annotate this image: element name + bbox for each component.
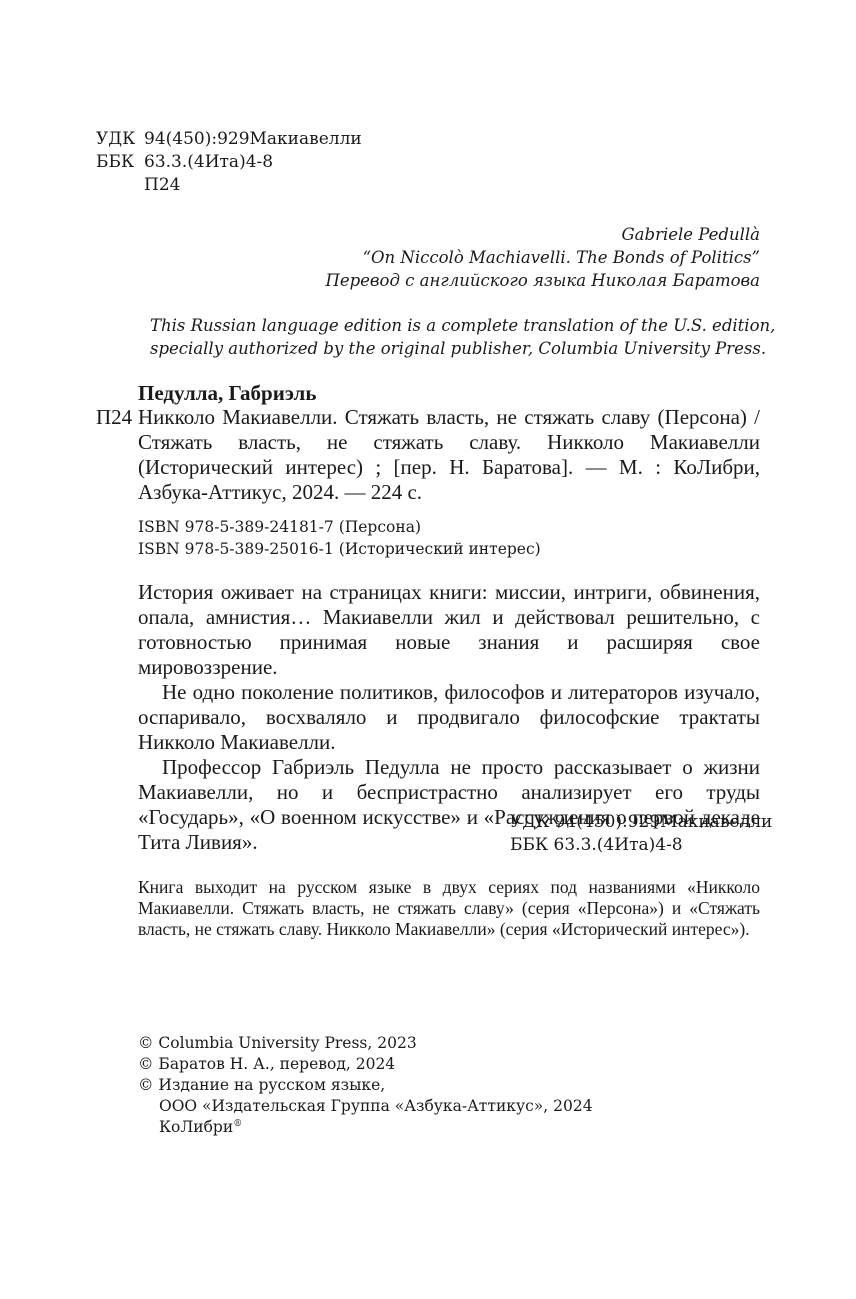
- bbk-row: ББК 63.3.(4Ита)4-8: [96, 151, 362, 174]
- catalog-description: Никколо Макиавелли. Стяжать власть, не с…: [138, 405, 760, 505]
- original-title: “On Niccolò Machiavelli. The Bonds of Po…: [150, 246, 760, 269]
- annotation-paragraph: История оживает на страницах книги: мисс…: [138, 580, 760, 680]
- isbn-list: ISBN 978-5-389-24181-7 (Персона) ISBN 97…: [138, 516, 541, 560]
- original-author: Gabriele Pedullà: [150, 223, 760, 246]
- catalog-entry: П24 Никколо Макиавелли. Стяжать власть, …: [96, 405, 760, 505]
- copyright-imprint: КоЛибри®: [138, 1117, 593, 1138]
- bbk-bottom: ББК 63.3.(4Ита)4-8: [510, 834, 772, 857]
- bbk-label: ББК: [96, 151, 144, 174]
- copyright-block: © Columbia University Press, 2023 © Бара…: [138, 1033, 593, 1138]
- author-sign-row: П24: [96, 174, 362, 197]
- classification-codes-top: УДК 94(450):929Макиавелли ББК 63.3.(4Ита…: [96, 128, 362, 197]
- credits-block: Gabriele Pedullà “On Niccolò Machiavelli…: [150, 223, 760, 360]
- copyright-edition-publisher: ООО «Издательская Группа «Азбука-Аттикус…: [138, 1096, 593, 1117]
- copyright-edition: © Издание на русском языке,: [138, 1075, 593, 1096]
- udk-row: УДК 94(450):929Макиавелли: [96, 128, 362, 151]
- registered-mark-icon: ®: [233, 1119, 242, 1129]
- udk-bottom: УДК 94(450):929Макиавелли: [510, 811, 772, 834]
- udk-label: УДК: [96, 128, 144, 151]
- classification-codes-bottom: УДК 94(450):929Макиавелли ББК 63.3.(4Ита…: [510, 811, 772, 857]
- annotation-paragraph: Не одно поколение политиков, философов и…: [138, 680, 760, 755]
- imprint-name: КоЛибри: [159, 1118, 233, 1136]
- udk-value: 94(450):929Макиавелли: [144, 128, 362, 151]
- copyright-publisher: © Columbia University Press, 2023: [138, 1033, 593, 1054]
- copyright-translator: © Баратов Н. А., перевод, 2024: [138, 1054, 593, 1075]
- catalog-author-sign: П24: [96, 405, 132, 430]
- edition-note-line1: This Russian language edition is a compl…: [150, 314, 760, 337]
- series-note: Книга выходит на русском языке в двух се…: [138, 877, 760, 940]
- author-sign: П24: [144, 174, 180, 197]
- isbn-historical: ISBN 978-5-389-25016-1 (Исторический инт…: [138, 538, 541, 560]
- edition-note-line2: specially authorized by the original pub…: [150, 337, 760, 360]
- bbk-value: 63.3.(4Ита)4-8: [144, 151, 273, 174]
- translation-note: Перевод с английского языка Николая Бара…: [150, 269, 760, 292]
- isbn-persona: ISBN 978-5-389-24181-7 (Персона): [138, 516, 541, 538]
- catalog-author-heading: Педулла, Габриэль: [138, 381, 316, 406]
